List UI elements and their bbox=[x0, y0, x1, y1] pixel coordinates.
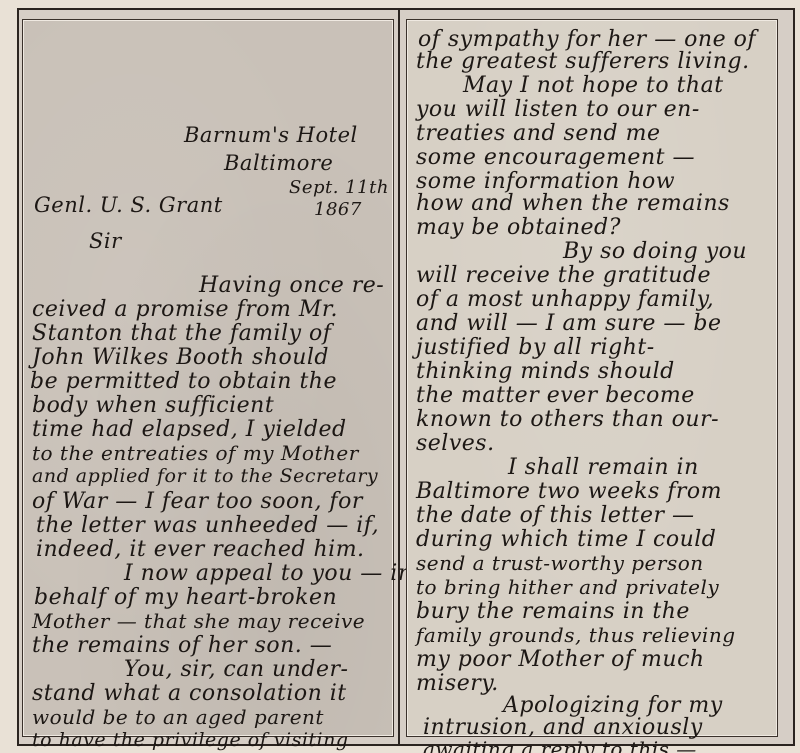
page-divider bbox=[398, 10, 400, 744]
letter-line: during which time I could bbox=[416, 527, 716, 552]
letter-line: I now appeal to you — in bbox=[124, 561, 412, 586]
letter-line: bury the remains in the bbox=[416, 599, 690, 624]
letter-line: indeed, it ever reached him. bbox=[36, 537, 365, 562]
letter-line: selves. bbox=[416, 431, 495, 456]
letter-line: known to others than our- bbox=[416, 407, 719, 432]
letter-line: misery. bbox=[416, 671, 499, 696]
letter-line: to bring hither and privately bbox=[416, 575, 719, 599]
letter-line: family grounds, thus relieving bbox=[416, 623, 736, 647]
letter-line: the remains of her son. — bbox=[32, 633, 332, 658]
letter-line: to have the privilege of visiting bbox=[32, 729, 349, 751]
letter-line: behalf of my heart-broken bbox=[34, 585, 337, 610]
letter-line: send a trust-worthy person bbox=[416, 551, 704, 575]
letter-line: stand what a consolation it bbox=[32, 681, 347, 706]
letter-line: the matter ever become bbox=[416, 383, 695, 408]
letter-line: By so doing you bbox=[563, 239, 747, 264]
letter-line: awaiting a reply to this — bbox=[423, 737, 697, 753]
letter-page-right: of sympathy for her — one of the greates… bbox=[407, 20, 777, 736]
letter-line: may be obtained? bbox=[416, 215, 621, 240]
letter-line: thinking minds should bbox=[416, 359, 675, 384]
date-line-year: 1867 bbox=[314, 199, 362, 220]
letter-facsimile-frame: Barnum's Hotel Baltimore Sept. 11th 1867… bbox=[17, 8, 795, 746]
letter-line: and will — I am sure — be bbox=[416, 311, 722, 336]
letter-line: will receive the gratitude bbox=[416, 263, 711, 288]
letter-line: Mother — that she may receive bbox=[32, 609, 365, 633]
letter-line: would be to an aged parent bbox=[32, 705, 324, 729]
letter-line: John Wilkes Booth should bbox=[32, 345, 329, 370]
letter-line: you will listen to our en- bbox=[416, 97, 700, 122]
letter-line: some encouragement — bbox=[416, 145, 695, 170]
letter-line: Stanton that the family of bbox=[32, 321, 331, 346]
letter-line: the letter was unheeded — if, bbox=[36, 513, 379, 538]
letter-line: of War — I fear too soon, for bbox=[32, 489, 363, 514]
letter-line: time had elapsed, I yielded bbox=[32, 417, 347, 442]
letter-line: the greatest sufferers living. bbox=[416, 49, 750, 74]
letter-line: be permitted to obtain the bbox=[30, 369, 337, 394]
letter-line: my poor Mother of much bbox=[416, 647, 705, 672]
letter-line: I shall remain in bbox=[508, 455, 699, 480]
letter-line: of a most unhappy family, bbox=[416, 287, 714, 312]
letter-line: May I not hope to that bbox=[463, 73, 724, 98]
letter-line: Having once re- bbox=[199, 273, 384, 298]
salutation-line: Sir bbox=[89, 229, 122, 253]
letter-page-left: Barnum's Hotel Baltimore Sept. 11th 1867… bbox=[23, 20, 393, 736]
address-line-hotel: Barnum's Hotel bbox=[184, 123, 358, 147]
letter-line: how and when the remains bbox=[416, 191, 730, 216]
letter-line: You, sir, can under- bbox=[124, 657, 348, 682]
letter-line: and applied for it to the Secretary bbox=[32, 465, 378, 487]
letter-line: the date of this letter — bbox=[416, 503, 695, 528]
letter-line: to the entreaties of my Mother bbox=[32, 441, 359, 465]
address-line-city: Baltimore bbox=[224, 151, 333, 175]
date-line-day: Sept. 11th bbox=[289, 177, 389, 198]
letter-line: body when sufficient bbox=[32, 393, 274, 418]
letter-line: justified by all right- bbox=[416, 335, 655, 360]
letter-line: treaties and send me bbox=[416, 121, 660, 146]
recipient-line: Genl. U. S. Grant bbox=[34, 193, 223, 217]
letter-line: ceived a promise from Mr. bbox=[32, 297, 338, 322]
letter-line: Baltimore two weeks from bbox=[416, 479, 722, 504]
